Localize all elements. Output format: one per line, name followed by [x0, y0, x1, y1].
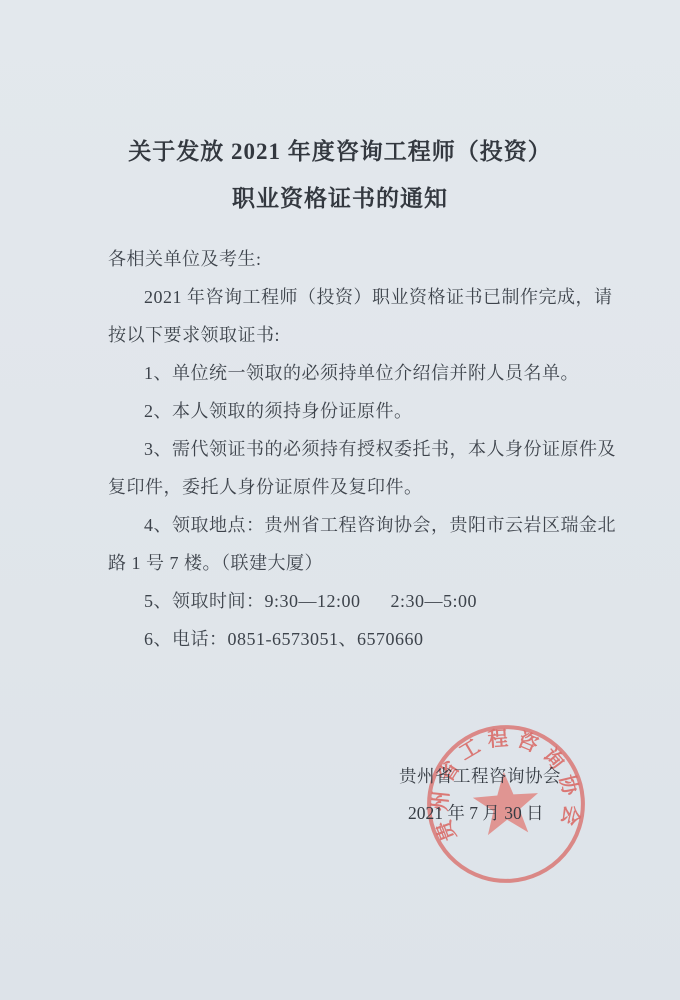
body-line: 复印件，委托人身份证原件及复印件。 — [108, 468, 588, 506]
signature-date: 2021 年 7 月 30 日 — [408, 800, 544, 825]
scanned-notice-page: 关于发放 2021 年度咨询工程师（投资） 职业资格证书的通知 各相关单位及考生… — [0, 0, 680, 1000]
body-line: 3、需代领证书的必须持有授权委托书，本人身份证原件及 — [108, 430, 588, 468]
body-line: 2、本人领取的须持身份证原件。 — [108, 392, 588, 430]
body-line: 4、领取地点：贵州省工程咨询协会，贵阳市云岩区瑞金北 — [108, 506, 588, 544]
official-seal-stamp: 贵州省工程咨询协会 — [414, 712, 598, 896]
body-line: 按以下要求领取证书: — [108, 316, 588, 354]
title-line-1: 关于发放 2021 年度咨询工程师（投资） — [0, 128, 680, 175]
signature-org: 贵州省工程咨询协会 — [399, 763, 561, 788]
seal-curved-text: 贵州省工程咨询协会 — [423, 722, 588, 845]
document-title: 关于发放 2021 年度咨询工程师（投资） 职业资格证书的通知 — [0, 128, 680, 222]
body-line: 各相关单位及考生: — [108, 240, 588, 278]
body-line: 1、单位统一领取的必须持单位介绍信并附人员名单。 — [108, 354, 588, 392]
body-line: 2021 年咨询工程师（投资）职业资格证书已制作完成，请 — [108, 278, 588, 316]
body-line: 6、电话：0851-6573051、6570660 — [108, 620, 588, 658]
body-line: 路 1 号 7 楼。（联建大厦） — [108, 544, 588, 582]
title-line-2: 职业资格证书的通知 — [0, 175, 680, 222]
svg-text:贵州省工程咨询协会: 贵州省工程咨询协会 — [423, 722, 588, 845]
seal-ring — [424, 722, 588, 886]
body-line: 5、领取时间：9:30—12:00 2:30—5:00 — [108, 582, 588, 620]
star-icon — [471, 769, 541, 836]
document-body: 各相关单位及考生:2021 年咨询工程师（投资）职业资格证书已制作完成，请按以下… — [108, 240, 588, 658]
